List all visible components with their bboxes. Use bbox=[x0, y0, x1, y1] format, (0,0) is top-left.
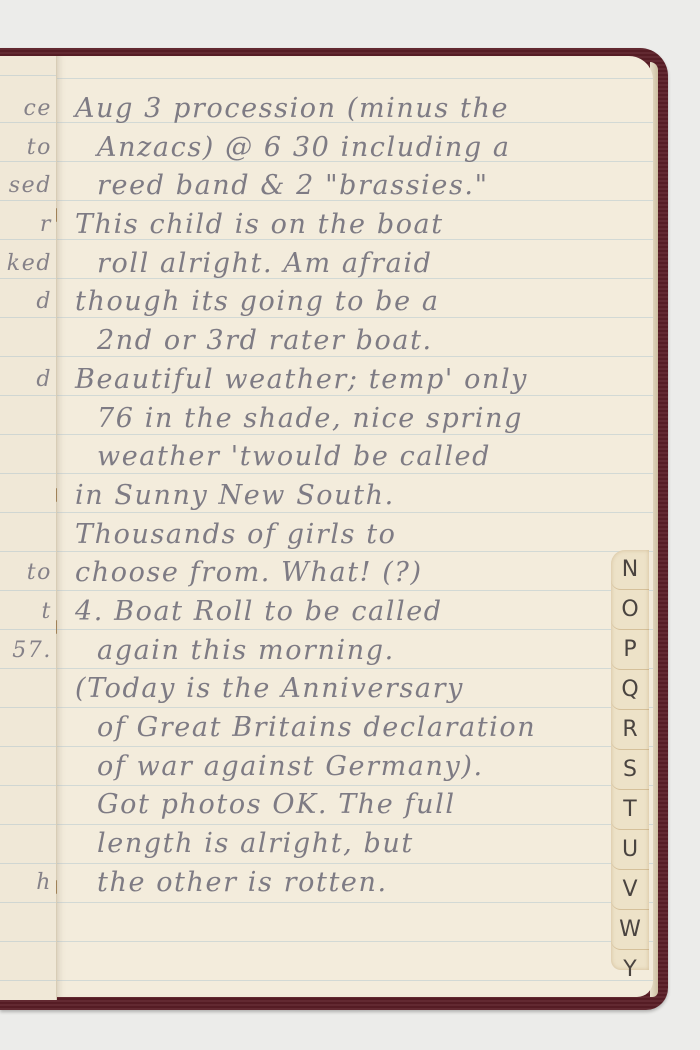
left-page-fragments: ce to sed r ked d d to t 57. h bbox=[0, 90, 56, 902]
index-tab-s[interactable]: S bbox=[611, 750, 649, 790]
handwritten-line: 4. Boat Roll to be called bbox=[75, 593, 613, 632]
handwritten-line: weather 'twould be called bbox=[75, 438, 613, 477]
handwritten-line: reed band & 2 "brassies." bbox=[75, 167, 613, 206]
alphabet-index-tabs: N O P Q R S T U V W Y bbox=[611, 550, 649, 970]
fragment: ce bbox=[0, 90, 56, 129]
handwritten-line: (Today is the Anniversary bbox=[75, 670, 613, 709]
fragment: to bbox=[0, 554, 56, 593]
index-tab-y[interactable]: Y bbox=[611, 950, 649, 989]
fragment: 57. bbox=[0, 632, 56, 671]
handwritten-line: This child is on the boat bbox=[75, 206, 613, 245]
index-tab-u[interactable]: U bbox=[611, 830, 649, 870]
fragment: t bbox=[0, 593, 56, 632]
left-page: ce to sed r ked d d to t 57. h bbox=[0, 56, 57, 1000]
index-tab-r[interactable]: R bbox=[611, 710, 649, 750]
index-tab-o[interactable]: O bbox=[611, 590, 649, 630]
fragment bbox=[0, 438, 56, 477]
fragment bbox=[0, 516, 56, 555]
index-tab-n[interactable]: N bbox=[611, 550, 649, 590]
fragment: r bbox=[0, 206, 56, 245]
fragment bbox=[0, 322, 56, 361]
fragment: ked bbox=[0, 245, 56, 284]
handwritten-line: of Great Britains declaration bbox=[75, 709, 613, 748]
fragment bbox=[0, 477, 56, 516]
index-tab-t[interactable]: T bbox=[611, 790, 649, 830]
handwritten-line: though its going to be a bbox=[75, 283, 613, 322]
index-tab-w[interactable]: W bbox=[611, 910, 649, 950]
handwritten-line: of war against Germany). bbox=[75, 748, 613, 787]
handwritten-line: roll alright. Am afraid bbox=[75, 245, 613, 284]
handwritten-line: Beautiful weather; temp' only bbox=[75, 361, 613, 400]
handwritten-line: the other is rotten. bbox=[75, 864, 613, 903]
handwritten-line: length is alright, but bbox=[75, 825, 613, 864]
handwritten-line: Aug 3 procession (minus the bbox=[75, 90, 613, 129]
handwritten-line: in Sunny New South. bbox=[75, 477, 613, 516]
fragment: sed bbox=[0, 167, 56, 206]
handwritten-line: Got photos OK. The full bbox=[75, 786, 613, 825]
handwritten-line: choose from. What! (?) bbox=[75, 554, 613, 593]
fragment: to bbox=[0, 129, 56, 168]
index-tab-v[interactable]: V bbox=[611, 870, 649, 910]
fragment bbox=[0, 748, 56, 787]
index-tab-p[interactable]: P bbox=[611, 630, 649, 670]
right-page: Aug 3 procession (minus the Anzacs) @ 6 … bbox=[57, 56, 653, 997]
handwritten-line: again this morning. bbox=[75, 632, 613, 671]
fragment: d bbox=[0, 361, 56, 400]
handwritten-line: 76 in the shade, nice spring bbox=[75, 400, 613, 439]
fragment bbox=[0, 400, 56, 439]
index-tab-q[interactable]: Q bbox=[611, 670, 649, 710]
fragment: d bbox=[0, 283, 56, 322]
handwritten-line: Thousands of girls to bbox=[75, 516, 613, 555]
fragment bbox=[0, 709, 56, 748]
handwritten-line: Anzacs) @ 6 30 including a bbox=[75, 129, 613, 168]
diary-entry: Aug 3 procession (minus the Anzacs) @ 6 … bbox=[75, 90, 613, 902]
handwritten-line: 2nd or 3rd rater boat. bbox=[75, 322, 613, 361]
fragment: h bbox=[0, 864, 56, 903]
fragment bbox=[0, 670, 56, 709]
fragment bbox=[0, 786, 56, 825]
fragment bbox=[0, 825, 56, 864]
